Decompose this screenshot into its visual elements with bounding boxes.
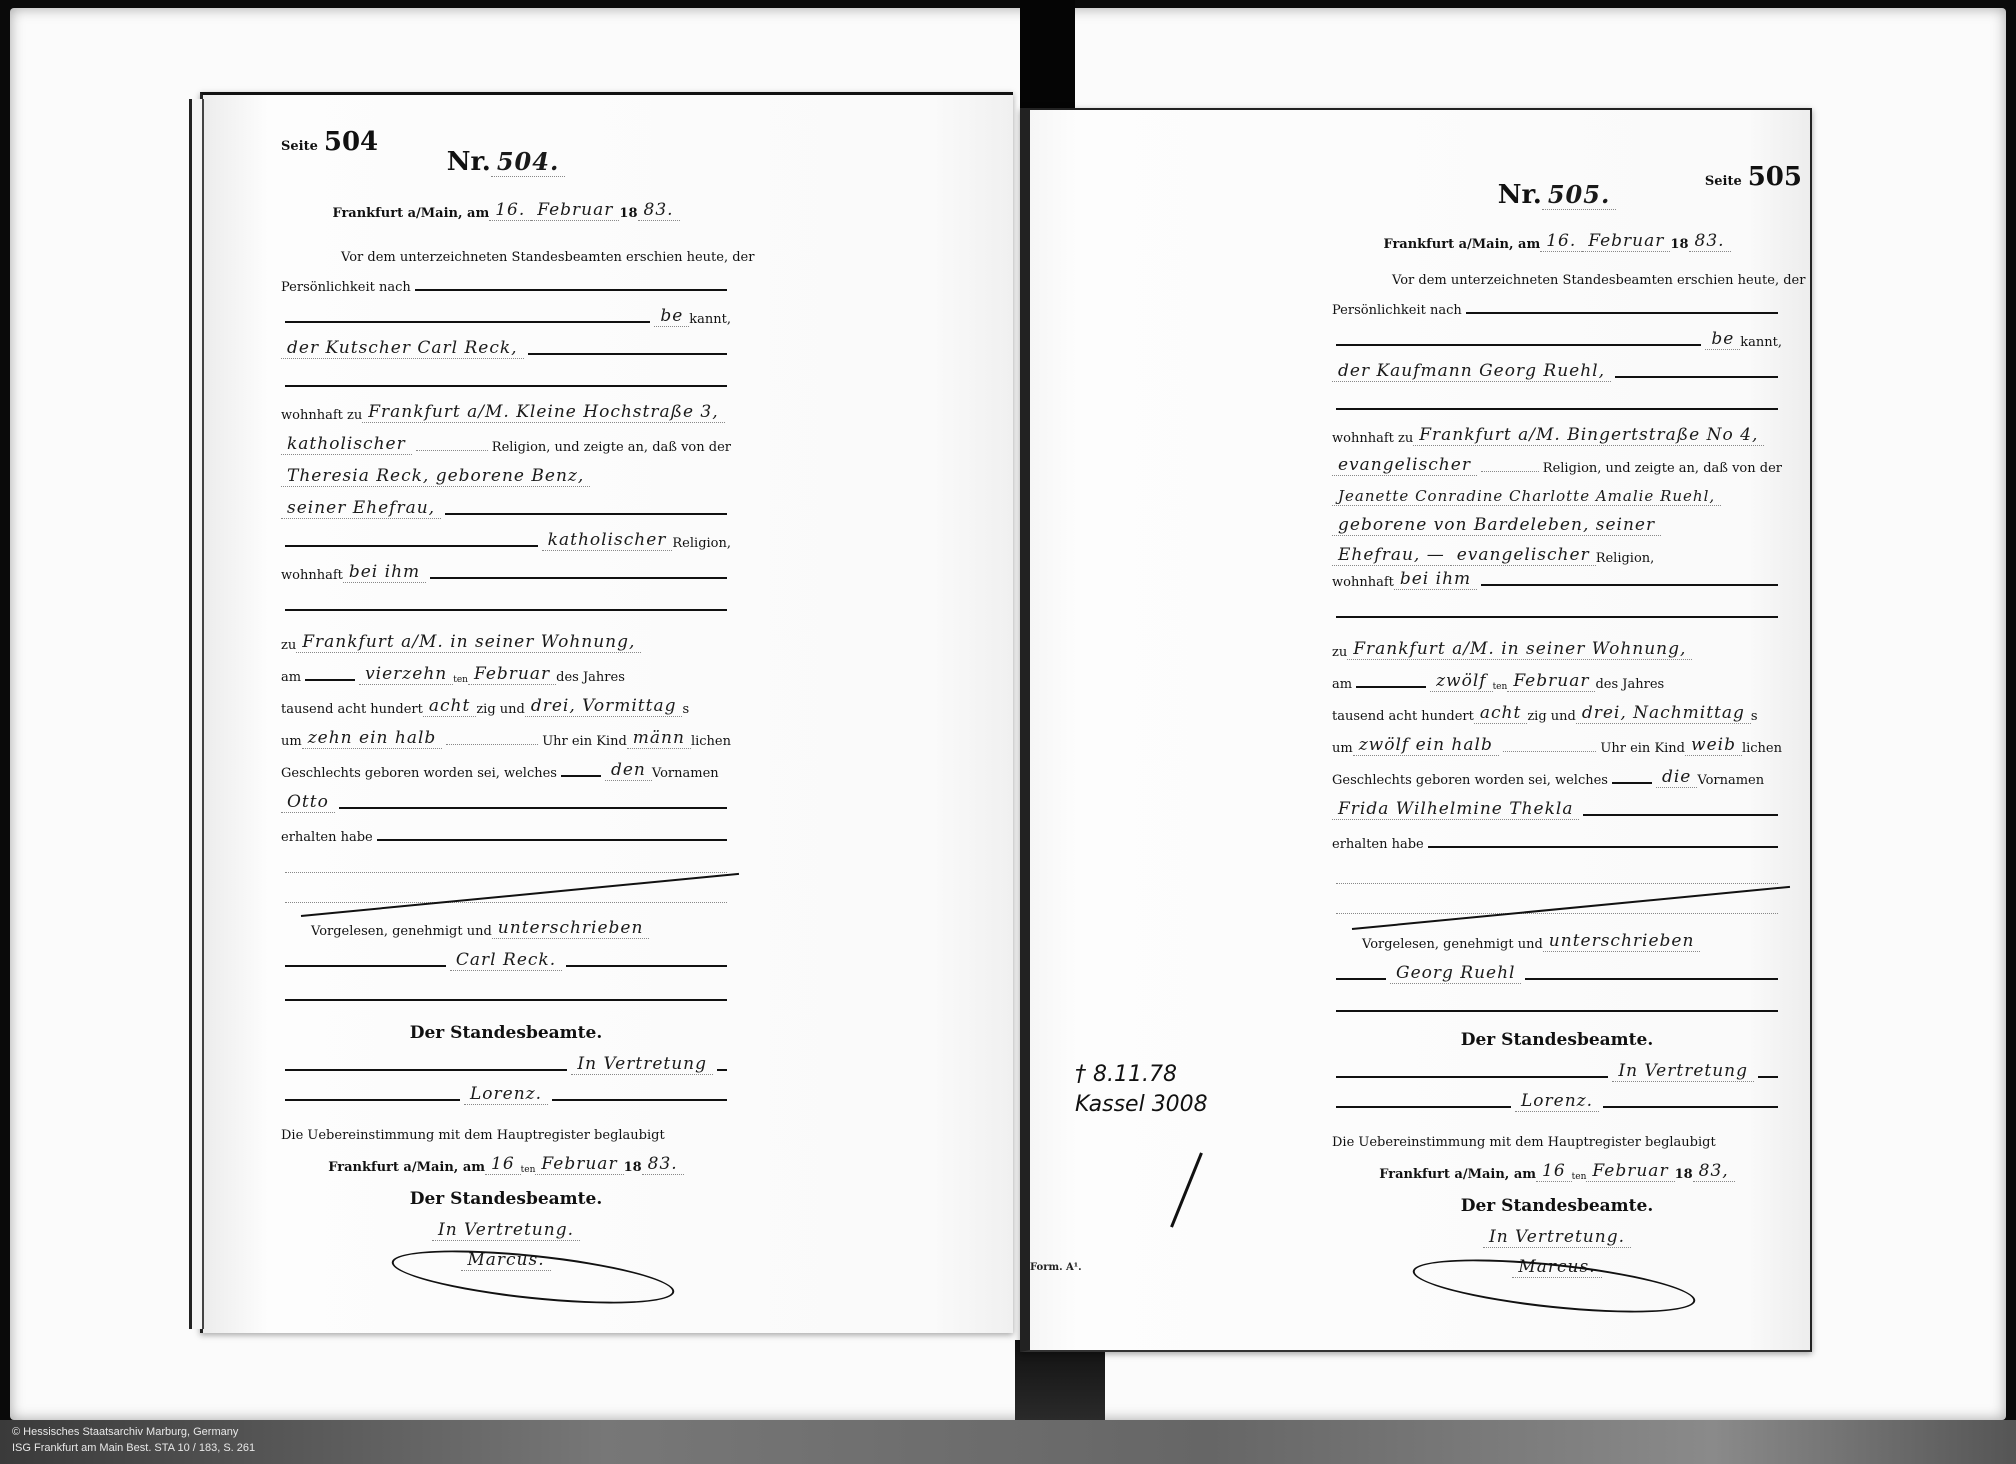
registrar-signature-line: In Vertretung [1332, 1052, 1782, 1082]
entry-number: Nr.505. [1332, 180, 1782, 210]
registrar-signature-line: In Vertretung [281, 1045, 731, 1075]
certifier-line1: In Vertretung. [1332, 1218, 1782, 1248]
sex-line: Geschlechts geboren worden sei, welches … [1332, 758, 1782, 788]
entry-date-line: Frankfurt a/Main, am 16. Februar 1883. [281, 191, 731, 221]
certifier-line1: In Vertretung. [281, 1211, 731, 1241]
registrar-signature: Lorenz. [464, 1084, 548, 1105]
sex-line: Geschlechts geboren worden sei, welches … [281, 751, 731, 781]
blank-dotted-line [281, 847, 731, 877]
address-line: wohnhaft zuFrankfurt a/M. Bingertstraße … [1332, 416, 1782, 446]
religion-mother-line: katholischerReligion, [281, 521, 731, 551]
register-page-left: Seite504 Nr.504. Frankfurt a/Main, am 16… [200, 92, 1013, 1333]
identity-line: Persönlichkeit nach [281, 265, 731, 295]
read-approved-line: Vorgelesen, genehmigt undunterschrieben [281, 909, 731, 939]
archive-footer: © Hessisches Staatsarchiv Marburg, Germa… [0, 1420, 2016, 1464]
given-name-line: Otto [281, 783, 731, 813]
certification-text: Die Uebereinstimmung mit dem Hauptregist… [1332, 1120, 1782, 1150]
address-line: wohnhaft zuFrankfurt a/M. Kleine Hochstr… [281, 393, 731, 423]
certification-date-line: Frankfurt a/Main, am 16ten Februar 1883. [281, 1145, 731, 1175]
blank-line [281, 585, 731, 615]
blank-line [281, 361, 731, 391]
informant-signature: Carl Reck. [450, 950, 562, 971]
birth-time-line: umzehn ein halb Uhr ein Kindmännlichen [281, 719, 731, 749]
birthplace-line: zuFrankfurt a/M. in seiner Wohnung, [281, 623, 731, 653]
registrar-title: Der Standesbeamte. [1332, 1020, 1782, 1050]
registrar-name-line: Lorenz. [1332, 1082, 1782, 1112]
informant-signature: Georg Ruehl [1390, 963, 1521, 984]
birth-date-line: am zwölften Februardes Jahres [1332, 662, 1782, 692]
birth-year-line: tausend acht hundert achtzig und drei, N… [1332, 694, 1782, 724]
birth-year-line: tausend acht hundert achtzig und drei, V… [281, 687, 731, 717]
mother-cont-line: geborene von Bardeleben, seiner [1332, 506, 1782, 536]
birthplace-line: zuFrankfurt a/M. in seiner Wohnung, [1332, 630, 1782, 660]
read-approved-line: Vorgelesen, genehmigt undunterschrieben [1332, 922, 1782, 952]
certifier-title: Der Standesbeamte. [281, 1179, 731, 1209]
register-page-right: Seite505 Nr.505. Frankfurt a/Main, am 16… [1020, 108, 1812, 1352]
certifier-title: Der Standesbeamte. [1332, 1186, 1782, 1216]
given-name-line: Frida Wilhelmine Thekla [1332, 790, 1782, 820]
entry-date-line: Frankfurt a/Main, am 16. Februar 1883. [1332, 222, 1782, 252]
known-line: bekannt, [1332, 320, 1782, 350]
residence-line: wohnhaftbei ihm [281, 553, 731, 583]
religion-father-line: katholischerReligion, und zeigte an, daß… [281, 425, 731, 455]
residence-line: wohnhaftbei ihm [1332, 560, 1782, 590]
registrar-name-line: Lorenz. [281, 1075, 731, 1105]
blank-line [1332, 384, 1782, 414]
intro-text: Vor dem unterzeichneten Standesbeamten e… [1332, 258, 1782, 288]
blank-line [1332, 592, 1782, 622]
binding-shadow [1015, 1340, 1105, 1420]
copyright-text: © Hessisches Staatsarchiv Marburg, Germa… [12, 1426, 238, 1438]
identity-line: Persönlichkeit nach [1332, 288, 1782, 318]
received-line: erhalten habe [1332, 822, 1782, 852]
intro-text: Vor dem unterzeichneten Standesbeamten e… [281, 235, 731, 265]
religion-father-line: evangelischerReligion, und zeigte an, da… [1332, 446, 1782, 476]
form-code: Form. A¹. [1030, 1262, 1082, 1273]
received-line: erhalten habe [281, 815, 731, 845]
mother-cont-line: seiner Ehefrau, [281, 489, 731, 519]
informant-line: der Kutscher Carl Reck, [281, 329, 731, 359]
entry-number: Nr.504. [281, 147, 731, 177]
birth-time-line: umzwölf ein halb Uhr ein Kindweiblichen [1332, 726, 1782, 756]
blank-line [1332, 986, 1782, 1016]
known-line: bekannt, [281, 297, 731, 327]
certification-text: Die Uebereinstimmung mit dem Hauptregist… [281, 1113, 731, 1143]
registrar-title: Der Standesbeamte. [281, 1013, 731, 1043]
gutter-shadow [1020, 0, 1075, 112]
informant-signature-line: Carl Reck. [281, 941, 731, 971]
margin-annotation: † 8.11.78 Kassel 3008 [1075, 1060, 1208, 1120]
mother-line: Theresia Reck, geborene Benz, [281, 457, 731, 487]
blank-dotted-line [1332, 858, 1782, 888]
mother-line: Jeanette Conradine Charlotte Amalie Rueh… [1332, 476, 1782, 506]
archive-reference: ISG Frankfurt am Main Best. STA 10 / 183… [12, 1442, 255, 1454]
blank-line [281, 975, 731, 1005]
certification-date-line: Frankfurt a/Main, am 16ten Februar 1883, [1332, 1152, 1782, 1182]
informant-signature-line: Georg Ruehl [1332, 954, 1782, 984]
informant-line: der Kaufmann Georg Ruehl, [1332, 352, 1782, 382]
birth-date-line: am vierzehnten Februardes Jahres [281, 655, 731, 685]
registrar-signature: Lorenz. [1515, 1091, 1599, 1112]
